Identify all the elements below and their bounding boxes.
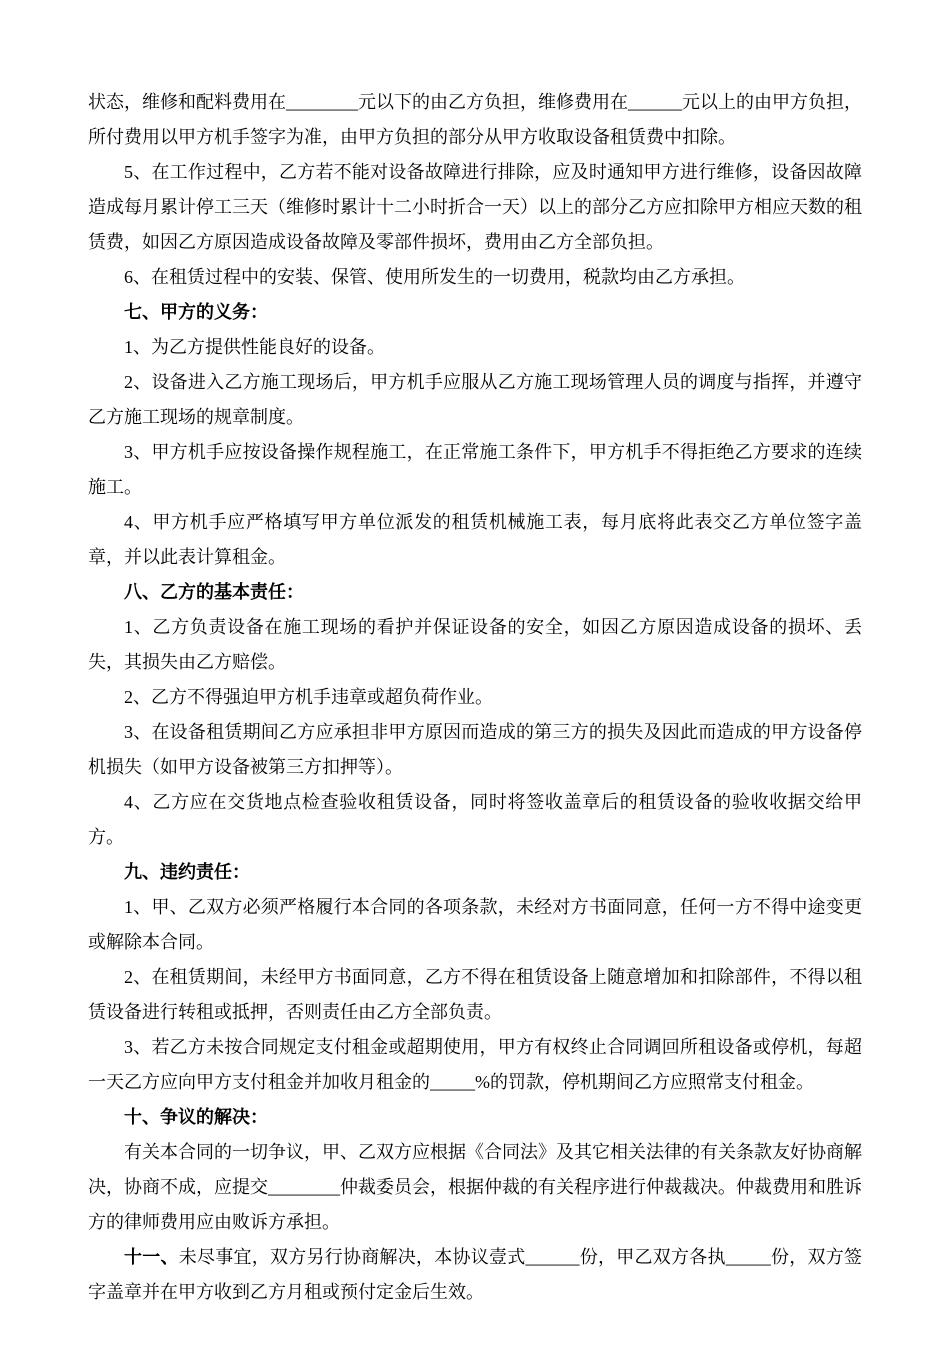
document-body: 状态，维修和配料费用在________元以下的由乙方负担，维修费用在______… [88, 85, 862, 1310]
paragraph: 3、甲方机手应按设备操作规程施工，在正常施工条件下，甲方机手不得拒绝乙方要求的连… [88, 435, 862, 505]
paragraph: 2、在租赁期间，未经甲方书面同意，乙方不得在租赁设备上随意增加和扣除部件，不得以… [88, 960, 862, 1030]
section-heading: 七、甲方的义务： [88, 295, 862, 330]
paragraph: 6、在租赁过程中的安装、保管、使用所发生的一切费用，税款均由乙方承担。 [88, 260, 862, 295]
paragraph: 2、乙方不得强迫甲方机手违章或超负荷作业。 [88, 680, 862, 715]
section-heading: 九、违约责任： [88, 855, 862, 890]
paragraph: 1、为乙方提供性能良好的设备。 [88, 330, 862, 365]
paragraph: 4、乙方应在交货地点检查验收租赁设备，同时将签收盖章后的租赁设备的验收收据交给甲… [88, 785, 862, 855]
paragraph: 3、若乙方未按合同规定支付租金或超期使用，甲方有权终止合同调回所租设备或停机，每… [88, 1030, 862, 1100]
clause-number: 十一、 [124, 1247, 179, 1267]
paragraph: 4、甲方机手应严格填写甲方单位派发的租赁机械施工表，每月底将此表交乙方单位签字盖… [88, 505, 862, 575]
paragraph: 状态，维修和配料费用在________元以下的由乙方负担，维修费用在______… [88, 85, 862, 155]
section-heading: 十、争议的解决： [88, 1100, 862, 1135]
section-heading: 八、乙方的基本责任： [88, 575, 862, 610]
paragraph: 十一、未尽事宜，双方另行协商解决，本协议壹式______份，甲乙双方各执____… [88, 1240, 862, 1310]
paragraph: 有关本合同的一切争议，甲、乙双方应根据《合同法》及其它相关法律的有关条款友好协商… [88, 1135, 862, 1240]
paragraph: 1、乙方负责设备在施工现场的看护并保证设备的安全，如因乙方原因造成设备的损坏、丢… [88, 610, 862, 680]
paragraph: 1、甲、乙双方必须严格履行本合同的各项条款，未经对方书面同意，任何一方不得中途变… [88, 890, 862, 960]
paragraph: 3、在设备租赁期间乙方应承担非甲方原因而造成的第三方的损失及因此而造成的甲方设备… [88, 715, 862, 785]
document-page: 状态，维修和配料费用在________元以下的由乙方负担，维修费用在______… [0, 0, 950, 1346]
paragraph: 2、设备进入乙方施工现场后，甲方机手应服从乙方施工现场管理人员的调度与指挥，并遵… [88, 365, 862, 435]
paragraph: 5、在工作过程中，乙方若不能对设备故障进行排除，应及时通知甲方进行维修，设备因故… [88, 155, 862, 260]
